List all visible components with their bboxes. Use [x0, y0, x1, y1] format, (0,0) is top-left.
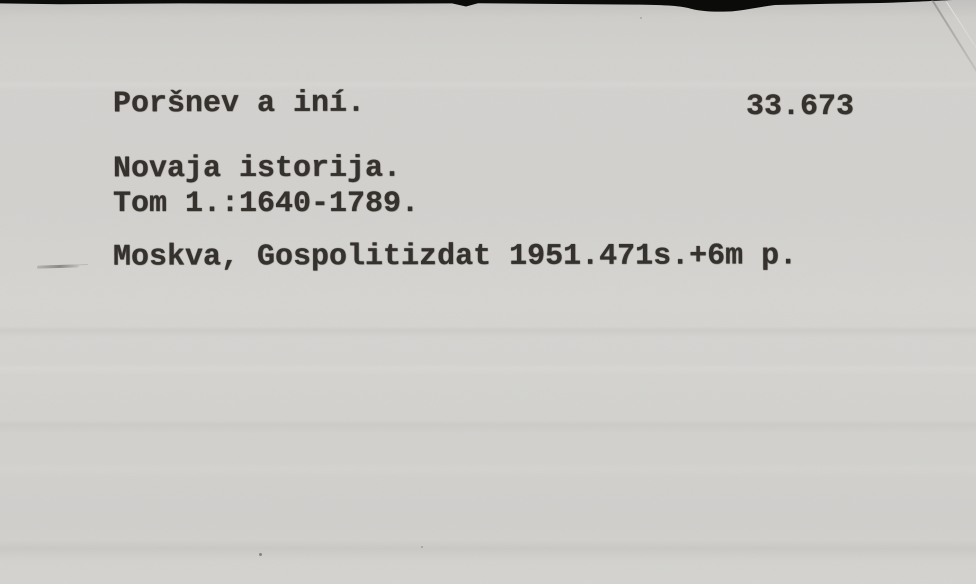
volume-line: Tom 1.:1640-1789.: [113, 188, 419, 221]
paper-speck: [259, 553, 262, 556]
title-line: Novaja istorija.: [113, 153, 401, 187]
crease-line: [926, 0, 976, 102]
imprint-line: Moskva, Gospolitizdat 1951.471s.+6m p.: [113, 240, 797, 274]
pencil-mark: [37, 264, 79, 268]
paper-speck: [640, 17, 642, 19]
call-number: 33.673: [746, 91, 854, 124]
author-line: Poršnev a iní.: [113, 88, 365, 122]
paper-speck: [421, 546, 423, 548]
catalog-card-scan: Poršnev a iní. 33.673 Novaja istorija. T…: [0, 0, 976, 584]
scan-edge-top: [0, 0, 976, 16]
crease-highlight: [946, 1, 976, 77]
